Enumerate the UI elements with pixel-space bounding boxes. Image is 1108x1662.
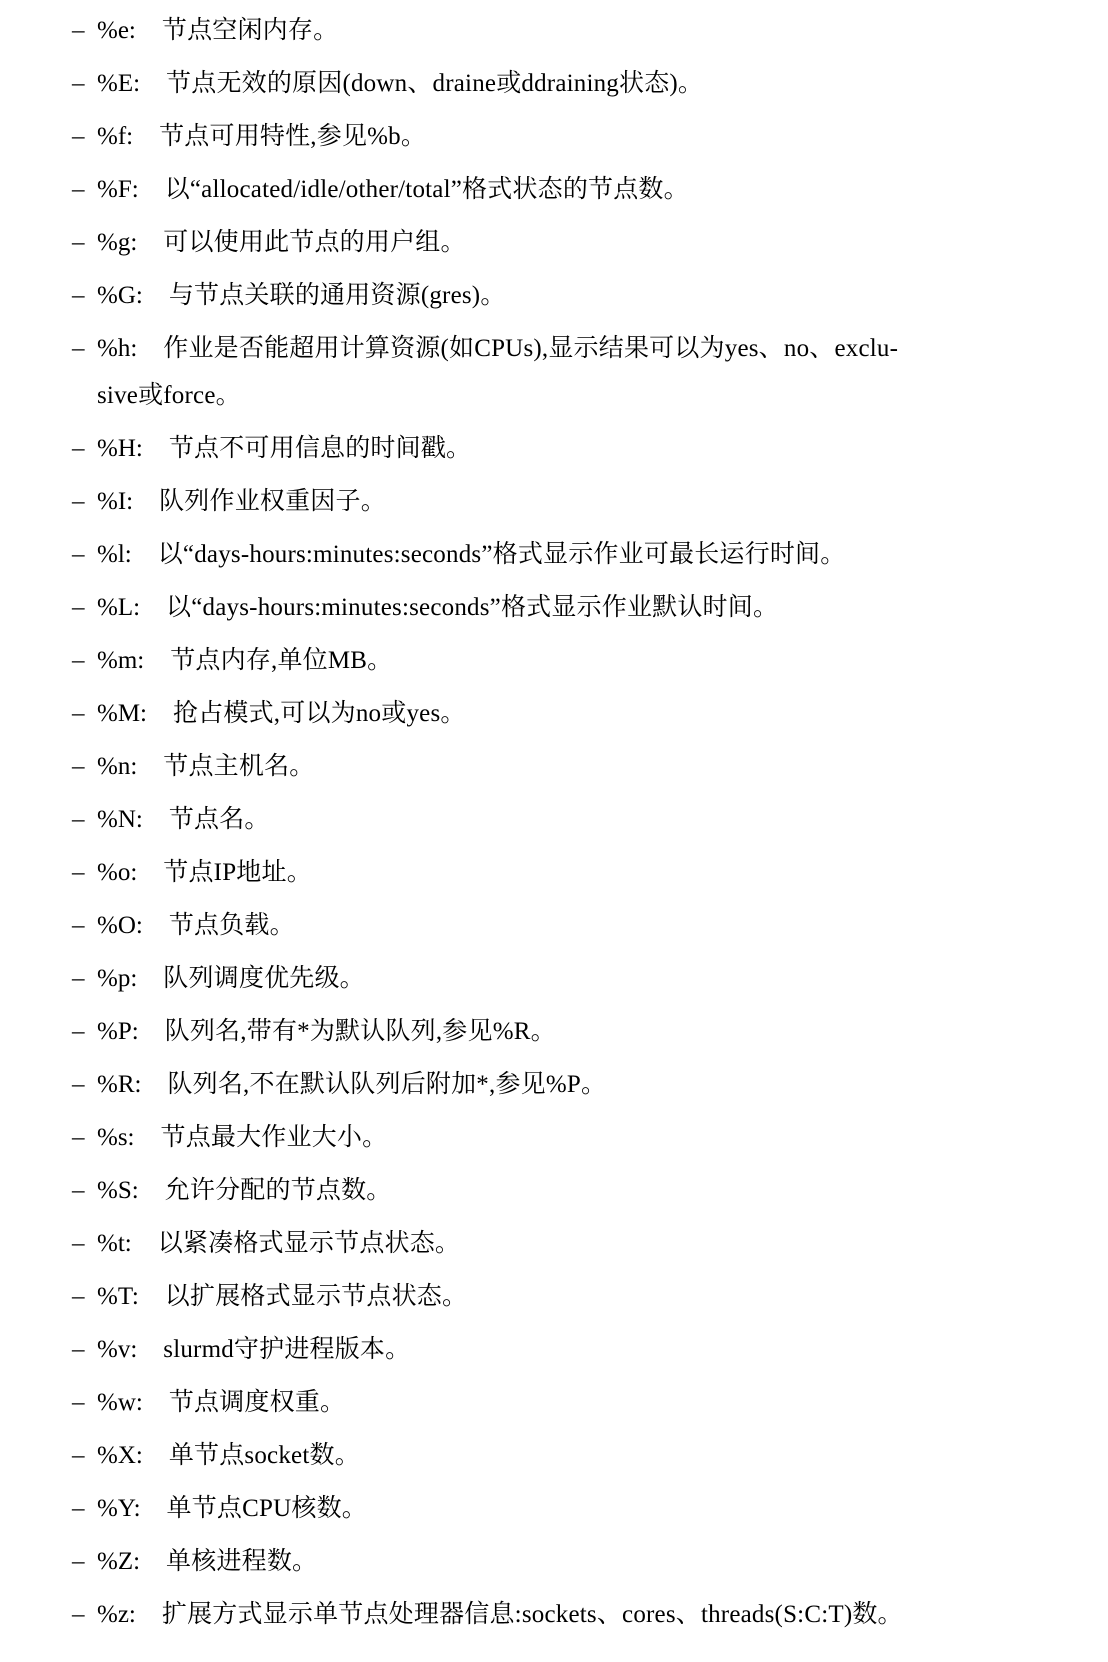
- format-description: 节点IP地址。: [163, 859, 312, 886]
- bullet-dash-icon: –: [72, 425, 97, 472]
- list-item: – %p:队列调度优先级。: [72, 955, 1094, 1002]
- format-specifier-label: %s:: [97, 1124, 135, 1151]
- format-specifier-label: %L:: [97, 594, 140, 621]
- format-specifier-label: %P:: [97, 1018, 139, 1045]
- bullet-dash-icon: –: [72, 1485, 97, 1532]
- format-description: 抢占模式,可以为no或yes。: [173, 700, 466, 727]
- bullet-dash-icon: –: [72, 1114, 97, 1161]
- item-content: %E:节点无效的原因(down、draine或ddraining状态)。: [97, 60, 1094, 107]
- item-content: %F:以“allocated/idle/other/total”格式状态的节点数…: [97, 166, 1094, 213]
- bullet-dash-icon: –: [72, 1273, 97, 1320]
- item-content: %w:节点调度权重。: [97, 1379, 1094, 1426]
- item-content: %Y:单节点CPU核数。: [97, 1485, 1094, 1532]
- bullet-dash-icon: –: [72, 60, 97, 107]
- item-content: %p:队列调度优先级。: [97, 955, 1094, 1002]
- list-item: – %N:节点名。: [72, 796, 1094, 843]
- format-specifier-label: %g:: [97, 229, 137, 256]
- format-description: 节点主机名。: [163, 753, 314, 780]
- item-content: %l:以“days-hours:minutes:seconds”格式显示作业可最…: [97, 531, 1094, 578]
- item-content: %o:节点IP地址。: [97, 849, 1094, 896]
- format-description: 以“days-hours:minutes:seconds”格式显示作业可最长运行…: [158, 541, 846, 568]
- format-specifier-label: %e:: [97, 17, 136, 44]
- list-item: – %l:以“days-hours:minutes:seconds”格式显示作业…: [72, 531, 1094, 578]
- bullet-dash-icon: –: [72, 7, 97, 54]
- format-description: 允许分配的节点数。: [165, 1177, 392, 1204]
- item-content: %t:以紧凑格式显示节点状态。: [97, 1220, 1094, 1267]
- bullet-dash-icon: –: [72, 1008, 97, 1055]
- list-item: – %z:扩展方式显示单节点处理器信息:sockets、cores、thread…: [72, 1591, 1094, 1638]
- item-content: %M:抢占模式,可以为no或yes。: [97, 690, 1094, 737]
- item-content: %H:节点不可用信息的时间戳。: [97, 425, 1094, 472]
- item-content: %G:与节点关联的通用资源(gres)。: [97, 272, 1094, 319]
- list-item: – %v:slurmd守护进程版本。: [72, 1326, 1094, 1373]
- list-item: – %G:与节点关联的通用资源(gres)。: [72, 272, 1094, 319]
- format-specifier-label: %I:: [97, 488, 133, 515]
- item-content: %R:队列名,不在默认队列后附加*,参见%P。: [97, 1061, 1094, 1108]
- format-description: 队列名,带有*为默认队列,参见%R。: [165, 1018, 556, 1045]
- list-item: – %H:节点不可用信息的时间戳。: [72, 425, 1094, 472]
- list-item: – %f:节点可用特性,参见%b。: [72, 113, 1094, 160]
- list-item: – %X:单节点socket数。: [72, 1432, 1094, 1479]
- list-item: – %w:节点调度权重。: [72, 1379, 1094, 1426]
- format-specifier-label: %f:: [97, 123, 133, 150]
- bullet-dash-icon: –: [72, 1538, 97, 1585]
- item-content: %T:以扩展格式显示节点状态。: [97, 1273, 1094, 1320]
- format-description: 单节点CPU核数。: [167, 1495, 367, 1522]
- bullet-dash-icon: –: [72, 902, 97, 949]
- format-description: 队列作业权重因子。: [159, 488, 386, 515]
- format-specifier-label: %n:: [97, 753, 137, 780]
- list-item: – %s:节点最大作业大小。: [72, 1114, 1094, 1161]
- bullet-dash-icon: –: [72, 219, 97, 266]
- item-content: %Z:单核进程数。: [97, 1538, 1094, 1585]
- list-item: – %R:队列名,不在默认队列后附加*,参见%P。: [72, 1061, 1094, 1108]
- format-description: 节点空闲内存。: [162, 17, 338, 44]
- bullet-dash-icon: –: [72, 1591, 97, 1638]
- list-item: – %L:以“days-hours:minutes:seconds”格式显示作业…: [72, 584, 1094, 631]
- format-specifier-label: %T:: [97, 1283, 139, 1310]
- bullet-dash-icon: –: [72, 1379, 97, 1426]
- item-content: %s:节点最大作业大小。: [97, 1114, 1094, 1161]
- format-specifier-label: %Y:: [97, 1495, 141, 1522]
- format-specifier-label: %H:: [97, 435, 143, 462]
- bullet-dash-icon: –: [72, 690, 97, 737]
- format-specifier-label: %O:: [97, 912, 143, 939]
- bullet-dash-icon: –: [72, 325, 97, 372]
- bullet-dash-icon: –: [72, 1061, 97, 1108]
- format-specifier-label: %p:: [97, 965, 137, 992]
- format-description: 可以使用此节点的用户组。: [163, 229, 465, 256]
- list-item: – %M:抢占模式,可以为no或yes。: [72, 690, 1094, 737]
- format-description: 以扩展格式显示节点状态。: [165, 1283, 467, 1310]
- format-description: 队列调度优先级。: [163, 965, 365, 992]
- list-item: – %h:作业是否能超用计算资源(如CPUs),显示结果可以为yes、no、ex…: [72, 325, 1094, 419]
- format-description: 单节点socket数。: [169, 1442, 360, 1469]
- list-item: – %g:可以使用此节点的用户组。: [72, 219, 1094, 266]
- bullet-dash-icon: –: [72, 113, 97, 160]
- format-specifier-label: %S:: [97, 1177, 139, 1204]
- format-description: 作业是否能超用计算资源(如CPUs),显示结果可以为yes、no、exclu- …: [97, 335, 898, 409]
- bullet-dash-icon: –: [72, 743, 97, 790]
- format-description: 与节点关联的通用资源(gres)。: [169, 282, 506, 309]
- item-content: %O:节点负载。: [97, 902, 1094, 949]
- format-description: 节点负载。: [169, 912, 295, 939]
- item-content: %h:作业是否能超用计算资源(如CPUs),显示结果可以为yes、no、excl…: [97, 325, 1094, 419]
- format-specifier-label: %o:: [97, 859, 137, 886]
- item-content: %I:队列作业权重因子。: [97, 478, 1094, 525]
- bullet-dash-icon: –: [72, 272, 97, 319]
- bullet-dash-icon: –: [72, 584, 97, 631]
- bullet-dash-icon: –: [72, 1432, 97, 1479]
- format-specifier-label: %R:: [97, 1071, 141, 1098]
- format-description: 队列名,不在默认队列后附加*,参见%P。: [167, 1071, 606, 1098]
- item-content: %P:队列名,带有*为默认队列,参见%R。: [97, 1008, 1094, 1055]
- format-specifier-label: %w:: [97, 1389, 143, 1416]
- bullet-dash-icon: –: [72, 531, 97, 578]
- list-item: – %F:以“allocated/idle/other/total”格式状态的节…: [72, 166, 1094, 213]
- list-item: – %P:队列名,带有*为默认队列,参见%R。: [72, 1008, 1094, 1055]
- format-description: 以“days-hours:minutes:seconds”格式显示作业默认时间。: [166, 594, 778, 621]
- item-content: %f:节点可用特性,参见%b。: [97, 113, 1094, 160]
- format-specifier-label: %z:: [97, 1601, 136, 1628]
- format-description: 节点调度权重。: [169, 1389, 345, 1416]
- format-description: 以“allocated/idle/other/total”格式状态的节点数。: [165, 176, 689, 203]
- format-specifier-label: %G:: [97, 282, 143, 309]
- list-item: – %Z:单核进程数。: [72, 1538, 1094, 1585]
- format-specifier-label: %N:: [97, 806, 143, 833]
- list-item: – %I:队列作业权重因子。: [72, 478, 1094, 525]
- format-description: 节点无效的原因(down、draine或ddraining状态)。: [166, 70, 703, 97]
- list-item: – %E:节点无效的原因(down、draine或ddraining状态)。: [72, 60, 1094, 107]
- bullet-dash-icon: –: [72, 849, 97, 896]
- list-item: – %n:节点主机名。: [72, 743, 1094, 790]
- item-content: %X:单节点socket数。: [97, 1432, 1094, 1479]
- list-item: – %o:节点IP地址。: [72, 849, 1094, 896]
- format-specifier-label: %h:: [97, 335, 137, 362]
- format-option-list: – %e:节点空闲内存。 – %E:节点无效的原因(down、draine或dd…: [72, 7, 1094, 1638]
- bullet-dash-icon: –: [72, 1326, 97, 1373]
- bullet-dash-icon: –: [72, 637, 97, 684]
- item-content: %N:节点名。: [97, 796, 1094, 843]
- format-specifier-label: %m:: [97, 647, 144, 674]
- item-content: %L:以“days-hours:minutes:seconds”格式显示作业默认…: [97, 584, 1094, 631]
- format-description: 扩展方式显示单节点处理器信息:sockets、cores、threads(S:C…: [162, 1601, 903, 1628]
- list-item: – %T:以扩展格式显示节点状态。: [72, 1273, 1094, 1320]
- format-specifier-label: %F:: [97, 176, 139, 203]
- format-specifier-label: %l:: [97, 541, 132, 568]
- bullet-dash-icon: –: [72, 955, 97, 1002]
- format-description: 节点不可用信息的时间戳。: [169, 435, 471, 462]
- format-specifier-label: %X:: [97, 1442, 143, 1469]
- format-specifier-label: %v:: [97, 1336, 137, 1363]
- item-content: %m:节点内存,单位MB。: [97, 637, 1094, 684]
- bullet-dash-icon: –: [72, 166, 97, 213]
- item-content: %S:允许分配的节点数。: [97, 1167, 1094, 1214]
- format-description: slurmd守护进程版本。: [163, 1336, 410, 1363]
- bullet-dash-icon: –: [72, 796, 97, 843]
- bullet-dash-icon: –: [72, 1167, 97, 1214]
- list-item: – %m:节点内存,单位MB。: [72, 637, 1094, 684]
- document-page: – %e:节点空闲内存。 – %E:节点无效的原因(down、draine或dd…: [0, 0, 1108, 1662]
- format-description: 节点内存,单位MB。: [170, 647, 392, 674]
- format-description: 节点最大作业大小。: [161, 1124, 388, 1151]
- item-content: %e:节点空闲内存。: [97, 7, 1094, 54]
- format-description: 节点可用特性,参见%b。: [159, 123, 426, 150]
- list-item: – %S:允许分配的节点数。: [72, 1167, 1094, 1214]
- format-specifier-label: %E:: [97, 70, 140, 97]
- format-description: 节点名。: [169, 806, 270, 833]
- list-item: – %Y:单节点CPU核数。: [72, 1485, 1094, 1532]
- format-specifier-label: %M:: [97, 700, 147, 727]
- list-item: – %t:以紧凑格式显示节点状态。: [72, 1220, 1094, 1267]
- item-content: %z:扩展方式显示单节点处理器信息:sockets、cores、threads(…: [97, 1591, 1094, 1638]
- bullet-dash-icon: –: [72, 478, 97, 525]
- list-item: – %O:节点负载。: [72, 902, 1094, 949]
- item-content: %n:节点主机名。: [97, 743, 1094, 790]
- format-specifier-label: %t:: [97, 1230, 132, 1257]
- item-content: %v:slurmd守护进程版本。: [97, 1326, 1094, 1373]
- format-description: 单核进程数。: [166, 1548, 317, 1575]
- format-specifier-label: %Z:: [97, 1548, 140, 1575]
- format-description: 以紧凑格式显示节点状态。: [158, 1230, 460, 1257]
- list-item: – %e:节点空闲内存。: [72, 7, 1094, 54]
- item-content: %g:可以使用此节点的用户组。: [97, 219, 1094, 266]
- bullet-dash-icon: –: [72, 1220, 97, 1267]
